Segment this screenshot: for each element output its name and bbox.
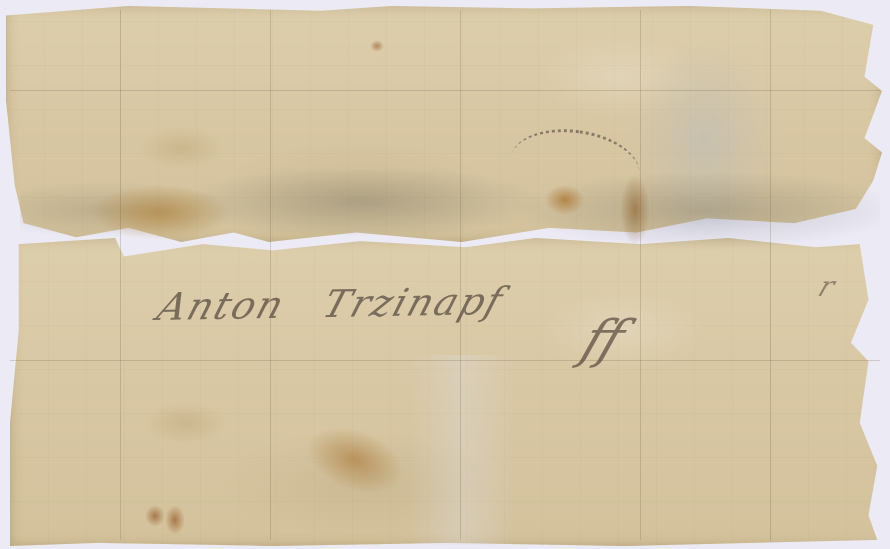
spot-stain — [370, 40, 384, 52]
water-stain — [90, 185, 230, 240]
spot-stain — [165, 505, 185, 535]
signature-last-name: Trzinapf — [318, 279, 510, 326]
handwritten-signature: AntonTrzinapf — [152, 279, 509, 329]
signature-first-name: Anton — [152, 283, 291, 329]
fold-line — [10, 90, 880, 91]
photo-stage: AntonTrzinapf ff r — [0, 0, 890, 549]
tape-residue-strip — [410, 355, 515, 545]
spot-stain — [145, 505, 165, 527]
fold-line — [10, 360, 880, 361]
